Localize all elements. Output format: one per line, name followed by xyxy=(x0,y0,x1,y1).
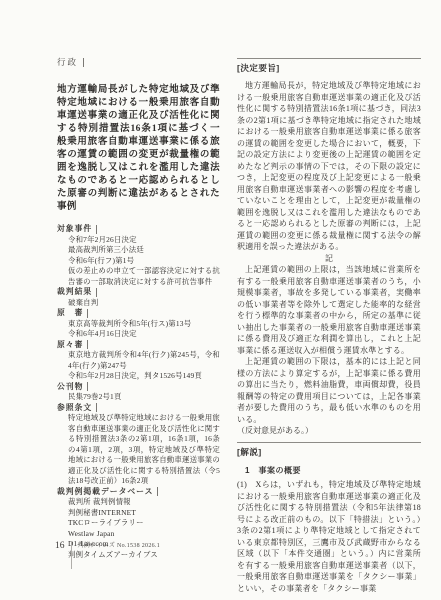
right-column: [決定要旨] 地方運輸局長が，特定地域及び準特定地域における一般乗用旅客自動車運… xyxy=(237,58,421,594)
label-divider xyxy=(96,288,97,297)
commentary-section-heading: 1 事案の概要 xyxy=(237,465,421,477)
section-label: 裁判結果 xyxy=(57,287,220,298)
category-divider xyxy=(83,58,84,67)
detail-line: TKCローライブラリー xyxy=(57,518,220,529)
section-label: 参照条文 xyxy=(57,403,220,414)
detail-line: 判例秘書INTERNET xyxy=(57,508,220,519)
detail-line: 仮の差止めの申立て一部認容決定に対する抗告審の一部取消決定に対する許可抗告事件 xyxy=(57,266,220,287)
detail-line: 東京高等裁判所令和5年(行ス)第13号 xyxy=(57,319,220,330)
decision-summary-rule xyxy=(237,58,421,59)
commentary-rule xyxy=(237,442,421,443)
decision-summary-heading: [決定要旨] xyxy=(237,63,421,74)
section-judgment-result: 裁判結果 破棄自判 xyxy=(57,287,220,308)
commentary-heading: [解説] xyxy=(237,447,421,458)
section-reference-articles: 参照条文 特定地域及び準特定地域における一般乗用旅客自動車運送事業の適正化及び活… xyxy=(57,403,220,487)
dissent-note: （反対意見がある。） xyxy=(237,425,421,437)
section-label: 裁判例掲載データベース xyxy=(57,487,220,498)
left-column: 行政 地方運輸局長がした特定地域及び準特定地域における一般乗用旅客自動車運送事業… xyxy=(57,56,220,560)
detail-line: 令和6年4月16日決定 xyxy=(57,329,220,340)
case-title: 地方運輸局長がした特定地域及び準特定地域における一般乗用旅客自動車運送事業の適正… xyxy=(57,84,220,214)
commentary-paragraph: (1) Xらは，いずれも，特定地域及び準特定地域における一般乗用旅客自動車運送事… xyxy=(237,479,421,594)
decision-summary-lower-limit-paragraph: 上記運賃の範囲の下限は，基本的には上記と同様の方法により算定するが，上記事業に係… xyxy=(237,356,421,425)
section-target-case: 対象事件 令和7年2月26日決定 最高裁判所第三小法廷 令和6年(行フ)第1号 … xyxy=(57,224,220,287)
category-label: 行政 xyxy=(57,56,78,68)
section-first-instance: 原々審 東京地方裁判所令和4年(行ク)第245号，令和4年(行ク)第247号 令… xyxy=(57,340,220,382)
detail-line: 東京地方裁判所令和4年(行ク)第245号，令和4年(行ク)第247号 xyxy=(57,350,220,371)
detail-line: 令和6年(行フ)第1号 xyxy=(57,256,220,267)
section-label: 対象事件 xyxy=(57,224,220,235)
detail-line: 最高裁判所第三小法廷 xyxy=(57,245,220,256)
section-label: 公刊物 xyxy=(57,382,220,393)
label-divider xyxy=(87,382,88,391)
label-divider xyxy=(96,403,97,412)
detail-line: 民集79巻2号1頁 xyxy=(57,392,220,403)
label-divider xyxy=(87,340,88,349)
section-label: 原 審 xyxy=(57,308,220,319)
detail-line: 裁判所 裁判例情報 xyxy=(57,497,220,508)
detail-line: 破棄自判 xyxy=(57,298,220,309)
detail-line: 特定地域及び準特定地域における一般乗用旅客自動車運送事業の適正化及び活性化に関す… xyxy=(57,413,220,487)
section-prior-instance: 原 審 東京高等裁判所令和5年(行ス)第13号 令和6年4月16日決定 xyxy=(57,308,220,340)
page-number: 16 xyxy=(55,541,65,551)
journal-page: 行政 地方運輸局長がした特定地域及び準特定地域における一般乗用旅客自動車運送事業… xyxy=(0,0,441,600)
section-label: 原々審 xyxy=(57,340,220,351)
detail-line: Westlaw Japan xyxy=(57,529,220,540)
footer-journal-title: 判例タイムズ No.1538 2026.1 xyxy=(78,541,161,551)
detail-line: 令和5年2月28日決定，判タ1526号149頁 xyxy=(57,371,220,382)
ki-marker: 記 xyxy=(237,253,421,265)
label-divider xyxy=(157,487,158,496)
label-divider xyxy=(87,309,88,318)
footer-divider xyxy=(71,541,72,569)
page-footer: 16 判例タイムズ No.1538 2026.1 xyxy=(55,541,160,569)
section-publication: 公刊物 民集79巻2号1頁 xyxy=(57,382,220,403)
category-row: 行政 xyxy=(57,56,220,68)
detail-line: 令和7年2月26日決定 xyxy=(57,235,220,246)
decision-summary-paragraph: 地方運輸局長が，特定地域及び準特定地域における一般乗用旅客自動車運送事業の適正化… xyxy=(237,80,421,253)
decision-summary-upper-limit-paragraph: 上記運賃の範囲の上限は，当該地域に営業所を有する一般乗用旅客自動車運送事業者のう… xyxy=(237,264,421,356)
label-divider xyxy=(96,225,97,234)
